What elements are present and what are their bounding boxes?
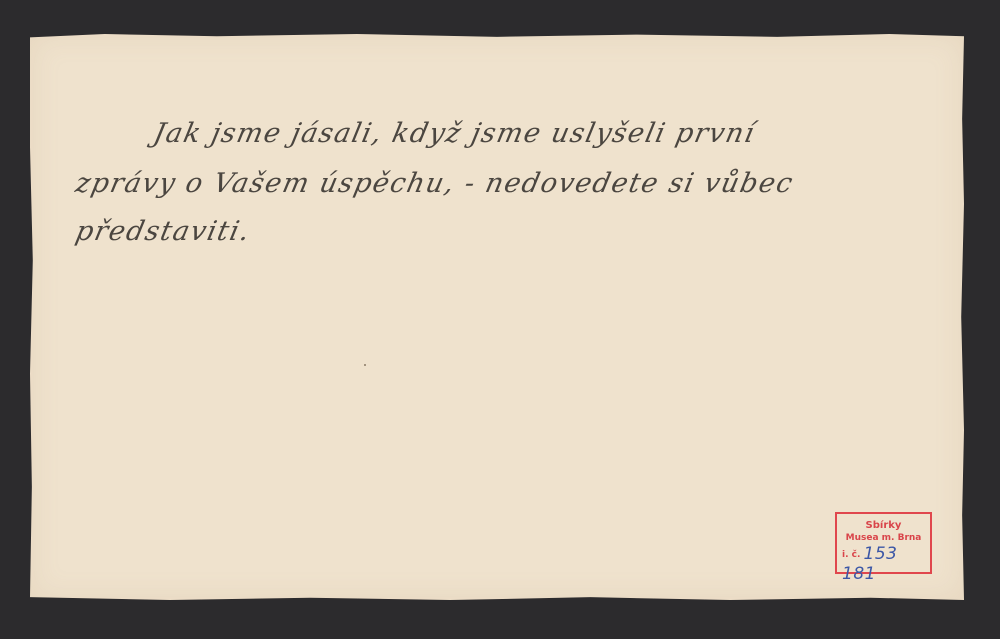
handwritten-line-1: Jak jsme jásali, když jsme uslyšeli prvn…	[151, 118, 759, 149]
handwritten-card: Jak jsme jásali, když jsme uslyšeli prvn…	[30, 34, 964, 600]
paper-speck	[364, 364, 366, 366]
stamp-museum-label: Musea m. Brna	[837, 533, 930, 543]
handwritten-line-2: zprávy o Vašem úspěchu, - nedovedete si …	[73, 168, 797, 199]
stamp-collection-label: Sbírky	[837, 520, 930, 531]
stamp-inventory-row: i. č. 153 181	[837, 544, 930, 584]
museum-collection-stamp: Sbírky Musea m. Brna i. č. 153 181	[835, 512, 932, 574]
stamp-inventory-prefix: i. č.	[842, 550, 860, 560]
handwritten-line-3: představiti.	[73, 216, 254, 247]
